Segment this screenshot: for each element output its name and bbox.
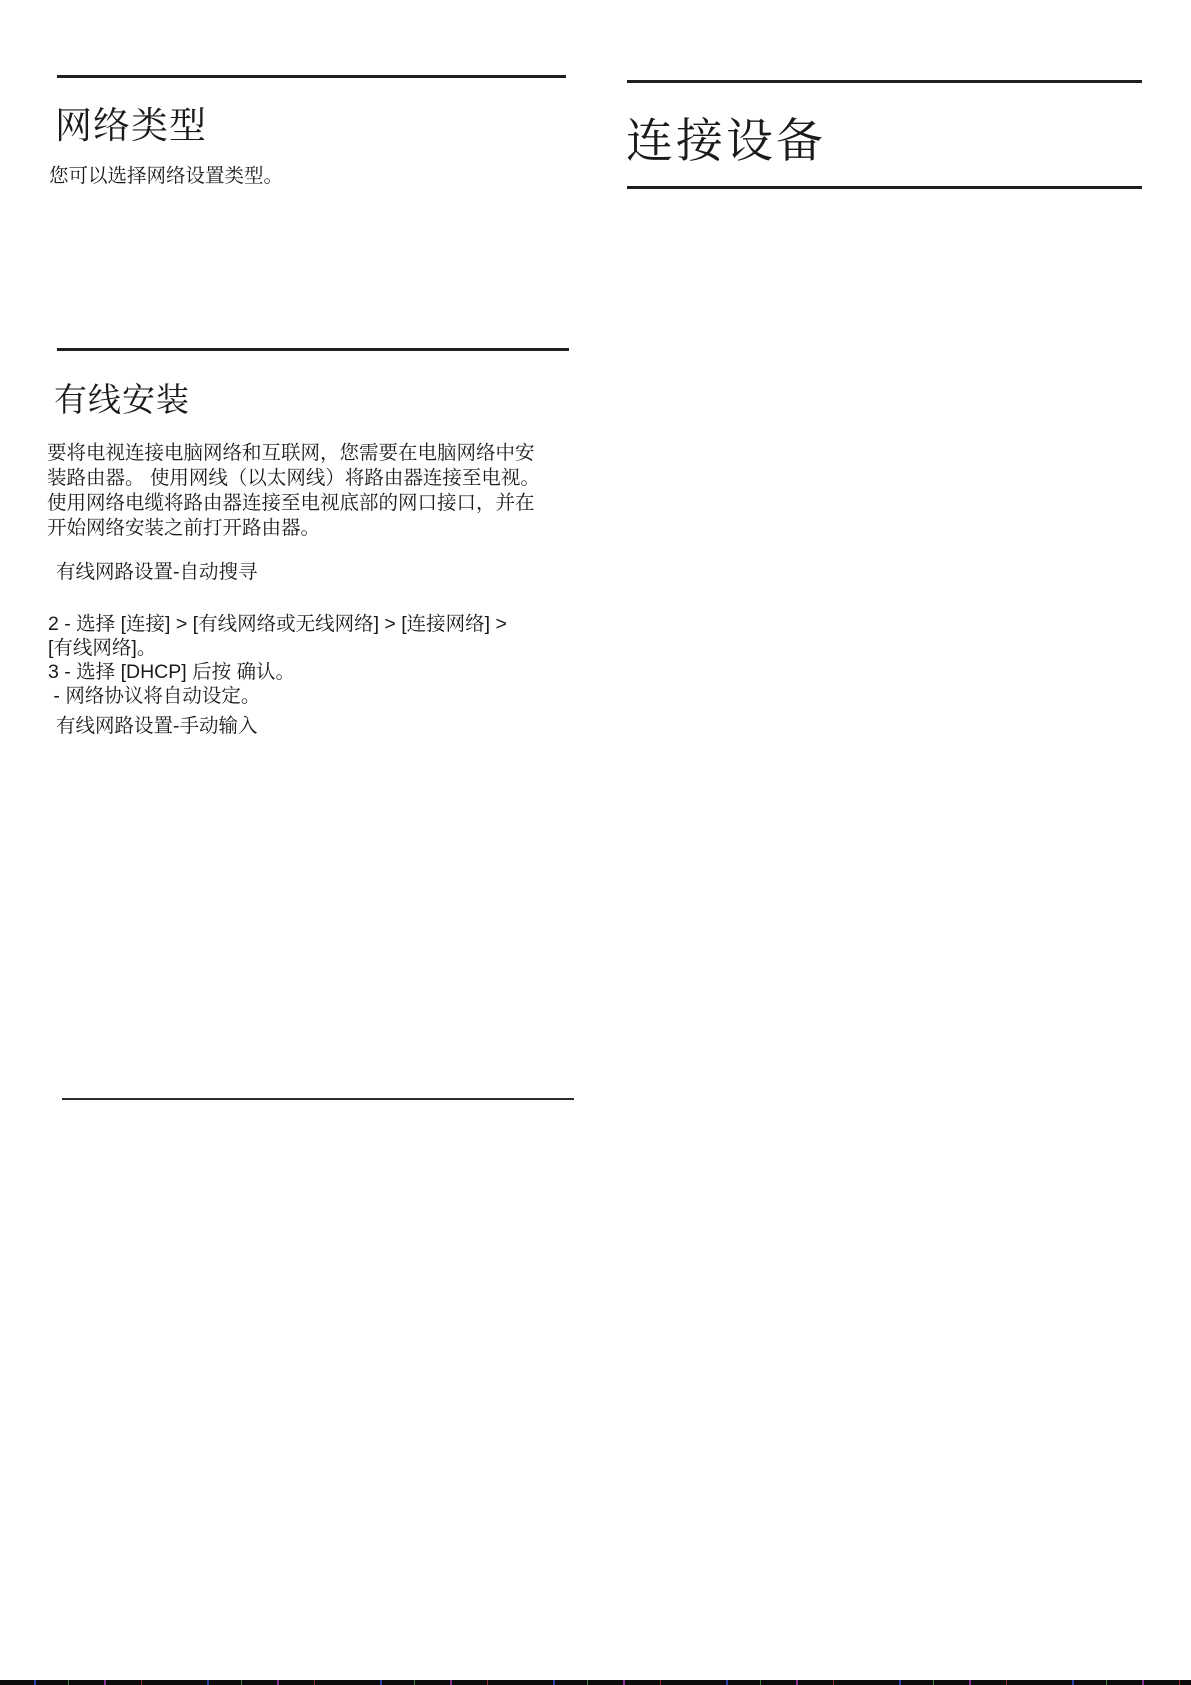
wired-auto-setup-label: 有线网路设置-自动搜寻 <box>56 560 258 584</box>
left-column-end-rule <box>62 1098 574 1100</box>
step-line: - 网络协议将自动设定。 <box>48 684 558 708</box>
manual-page: 网络类型 您可以选择网络设置类型。 有线安装 要将电视连接电脑网络和互联网，您需… <box>0 0 1191 1685</box>
paragraph-line: 开始网络安装之前打开路由器。 <box>47 516 552 541</box>
paragraph-line: 装路由器。 使用网线（以太网线）将路由器连接至电视。 <box>47 466 552 491</box>
scan-artifact-bar <box>0 1680 1191 1685</box>
paragraph-line: 要将电视连接电脑网络和互联网，您需要在电脑网络中安 <box>47 441 552 466</box>
step-line: [有线网络]。 <box>48 636 558 660</box>
network-type-description: 您可以选择网络设置类型。 <box>49 163 283 189</box>
chapter-title: 连接设备 <box>626 112 826 170</box>
wired-installation-heading: 有线安装 <box>54 380 190 420</box>
chapter-rule-bottom <box>627 186 1142 189</box>
wired-setup-steps: 2 - 选择 [连接] > [有线网络或无线网络] > [连接网络] > [有线… <box>48 612 558 708</box>
step-line: 3 - 选择 [DHCP] 后按 确认。 <box>48 660 558 684</box>
chapter-rule-top <box>627 80 1142 83</box>
paragraph-line: 使用网络电缆将路由器连接至电视底部的网口接口，并在 <box>47 491 552 516</box>
step-line: 2 - 选择 [连接] > [有线网络或无线网络] > [连接网络] > <box>48 612 558 636</box>
wired-installation-paragraph: 要将电视连接电脑网络和互联网，您需要在电脑网络中安 装路由器。 使用网线（以太网… <box>47 441 552 541</box>
network-type-heading: 网络类型 <box>55 104 207 148</box>
wired-installation-section-rule <box>57 348 569 351</box>
network-type-section-rule <box>57 75 566 78</box>
wired-manual-setup-label: 有线网路设置-手动输入 <box>56 714 258 738</box>
